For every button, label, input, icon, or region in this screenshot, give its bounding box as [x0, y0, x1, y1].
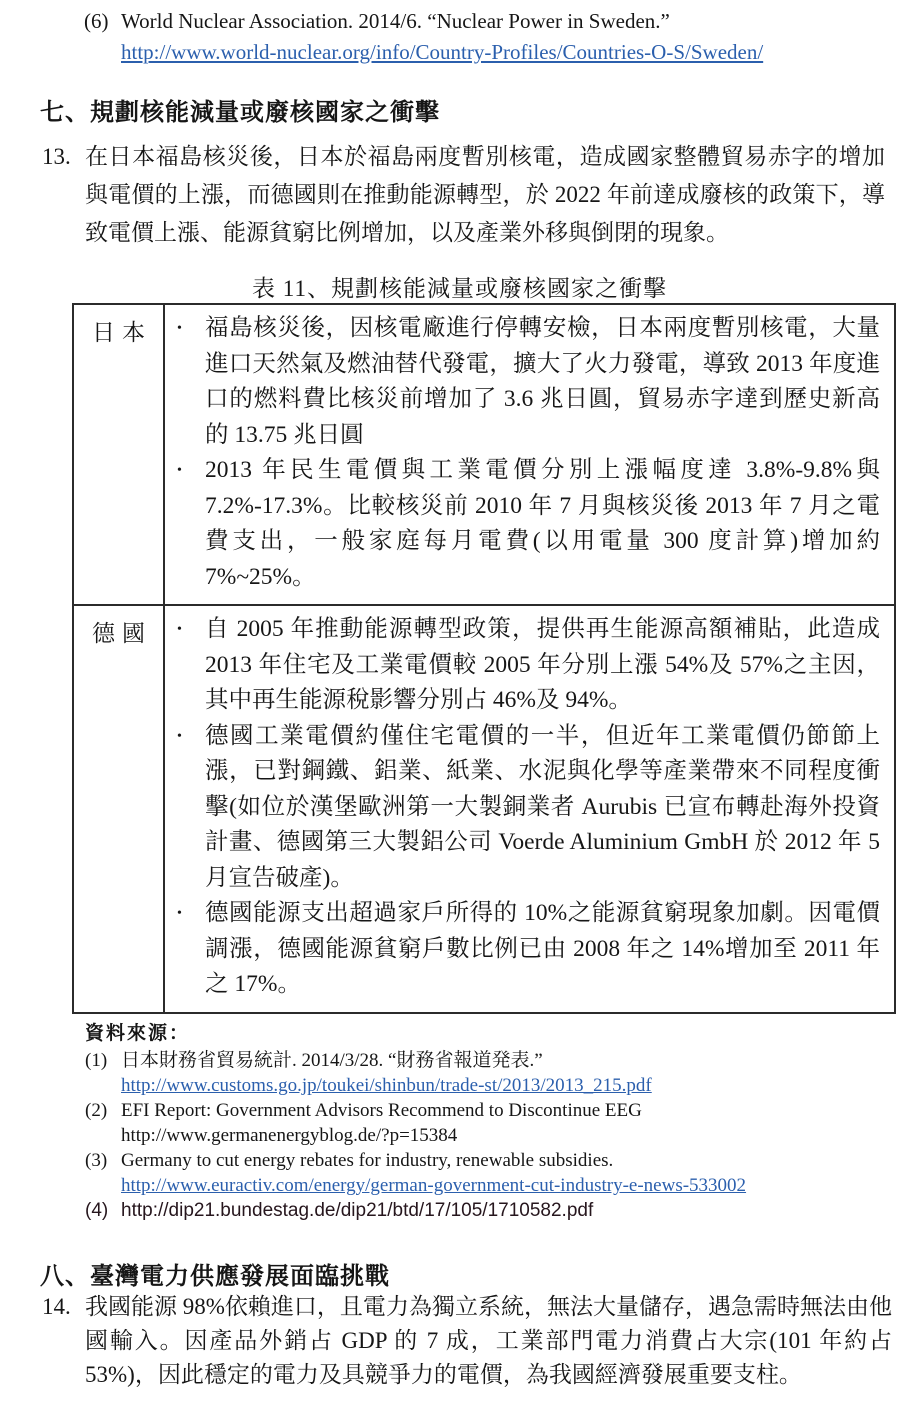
- section-eight-heading: 八、臺灣電力供應發展面臨挑戰: [40, 1256, 390, 1291]
- table-11-caption: 表 11、規劃核能減量或廢核國家之衝擊: [0, 270, 919, 303]
- bullet-icon: •: [173, 612, 205, 719]
- section-seven-heading: 七、規劃核能減量或廢核國家之衝擊: [40, 92, 440, 127]
- row-label-japan: 日本: [73, 304, 164, 605]
- list-item: • 2013 年民生電價與工業電價分別上漲幅度達 3.8%-9.8%與 7.2%…: [173, 453, 880, 595]
- bullet-icon: •: [173, 453, 205, 595]
- bullet-text: 德國工業電價約僅住宅電價的一半，但近年工業電價仍節節上漲，已對鋼鐵、鋁業、紙業、…: [205, 719, 880, 897]
- row-content-germany: • 自 2005 年推動能源轉型政策，提供再生能源高額補貼，此造成 2013 年…: [164, 605, 895, 1013]
- list-item: • 德國能源支出超過家戶所得的 10%之能源貧窮現象加劇。因電價調漲，德國能源貧…: [173, 896, 880, 1003]
- source-item-3: (3) Germany to cut energy rebates for in…: [85, 1148, 897, 1198]
- table-row-japan: 日本 • 福島核災後，因核電廠進行停轉安檢，日本兩度暫別核電，大量進口天然氣及燃…: [73, 304, 895, 605]
- source-item-1: (1) 日本財務省貿易統計. 2014/3/28. “財務省報道発表.” htt…: [85, 1048, 897, 1098]
- reference-text: World Nuclear Association. 2014/6. “Nucl…: [121, 9, 670, 33]
- source-link[interactable]: http://www.customs.go.jp/toukei/shinbun/…: [121, 1075, 652, 1096]
- source-number: (4): [85, 1198, 121, 1223]
- source-text: Germany to cut energy rebates for indust…: [121, 1150, 613, 1171]
- source-url-plain: http://www.germanenergyblog.de/?p=15384: [121, 1125, 457, 1146]
- list-item: • 自 2005 年推動能源轉型政策，提供再生能源高額補貼，此造成 2013 年…: [173, 612, 880, 719]
- source-link[interactable]: http://www.euractiv.com/energy/german-go…: [121, 1175, 746, 1196]
- row-content-japan: • 福島核災後，因核電廠進行停轉安檢，日本兩度暫別核電，大量進口天然氣及燃油替代…: [164, 304, 895, 605]
- paragraph-13-number: 13.: [42, 138, 85, 252]
- bullet-text: 福島核災後，因核電廠進行停轉安檢，日本兩度暫別核電，大量進口天然氣及燃油替代發電…: [205, 311, 880, 453]
- bullet-text: 自 2005 年推動能源轉型政策，提供再生能源高額補貼，此造成 2013 年住宅…: [205, 612, 880, 719]
- sources-label: 資料來源：: [85, 1018, 190, 1045]
- reference-item-6: (6) World Nuclear Association. 2014/6. “…: [84, 6, 894, 68]
- reference-link[interactable]: http://www.world-nuclear.org/info/Countr…: [121, 40, 763, 64]
- list-item: • 福島核災後，因核電廠進行停轉安檢，日本兩度暫別核電，大量進口天然氣及燃油替代…: [173, 311, 880, 453]
- bullet-text: 德國能源支出超過家戶所得的 10%之能源貧窮現象加劇。因電價調漲，德國能源貧窮戶…: [205, 896, 880, 1003]
- bullet-icon: •: [173, 311, 205, 453]
- source-number: (2): [85, 1098, 121, 1148]
- source-text: EFI Report: Government Advisors Recommen…: [121, 1100, 642, 1121]
- list-item: • 德國工業電價約僅住宅電價的一半，但近年工業電價仍節節上漲，已對鋼鐵、鋁業、紙…: [173, 719, 880, 897]
- document-page: (6) World Nuclear Association. 2014/6. “…: [0, 0, 919, 1402]
- paragraph-14-number: 14.: [42, 1290, 85, 1392]
- bullet-icon: •: [173, 719, 205, 897]
- source-url-plain: http://dip21.bundestag.de/dip21/btd/17/1…: [121, 1200, 593, 1221]
- sources-list: (1) 日本財務省貿易統計. 2014/3/28. “財務省報道発表.” htt…: [85, 1048, 897, 1223]
- source-item-2: (2) EFI Report: Government Advisors Reco…: [85, 1098, 897, 1148]
- reference-number: (6): [84, 6, 121, 68]
- bullet-text: 2013 年民生電價與工業電價分別上漲幅度達 3.8%-9.8%與 7.2%-1…: [205, 453, 880, 595]
- bullet-icon: •: [173, 896, 205, 1003]
- source-text: 日本財務省貿易統計. 2014/3/28. “財務省報道発表.”: [121, 1050, 543, 1071]
- impact-table: 日本 • 福島核災後，因核電廠進行停轉安檢，日本兩度暫別核電，大量進口天然氣及燃…: [72, 303, 896, 1014]
- paragraph-13-text: 在日本福島核災後，日本於福島兩度暫別核電，造成國家整體貿易赤字的增加與電價的上漲…: [85, 138, 885, 252]
- source-item-4: (4) http://dip21.bundestag.de/dip21/btd/…: [85, 1198, 897, 1223]
- table-row-germany: 德國 • 自 2005 年推動能源轉型政策，提供再生能源高額補貼，此造成 201…: [73, 605, 895, 1013]
- source-number: (1): [85, 1048, 121, 1098]
- paragraph-14-text: 我國能源 98%依賴進口，且電力為獨立系統，無法大量儲存，遇急需時無法由他國輸入…: [85, 1290, 892, 1392]
- source-number: (3): [85, 1148, 121, 1198]
- paragraph-13: 13. 在日本福島核災後，日本於福島兩度暫別核電，造成國家整體貿易赤字的增加與電…: [42, 138, 885, 252]
- paragraph-14: 14. 我國能源 98%依賴進口，且電力為獨立系統，無法大量儲存，遇急需時無法由…: [42, 1290, 892, 1392]
- row-label-germany: 德國: [73, 605, 164, 1013]
